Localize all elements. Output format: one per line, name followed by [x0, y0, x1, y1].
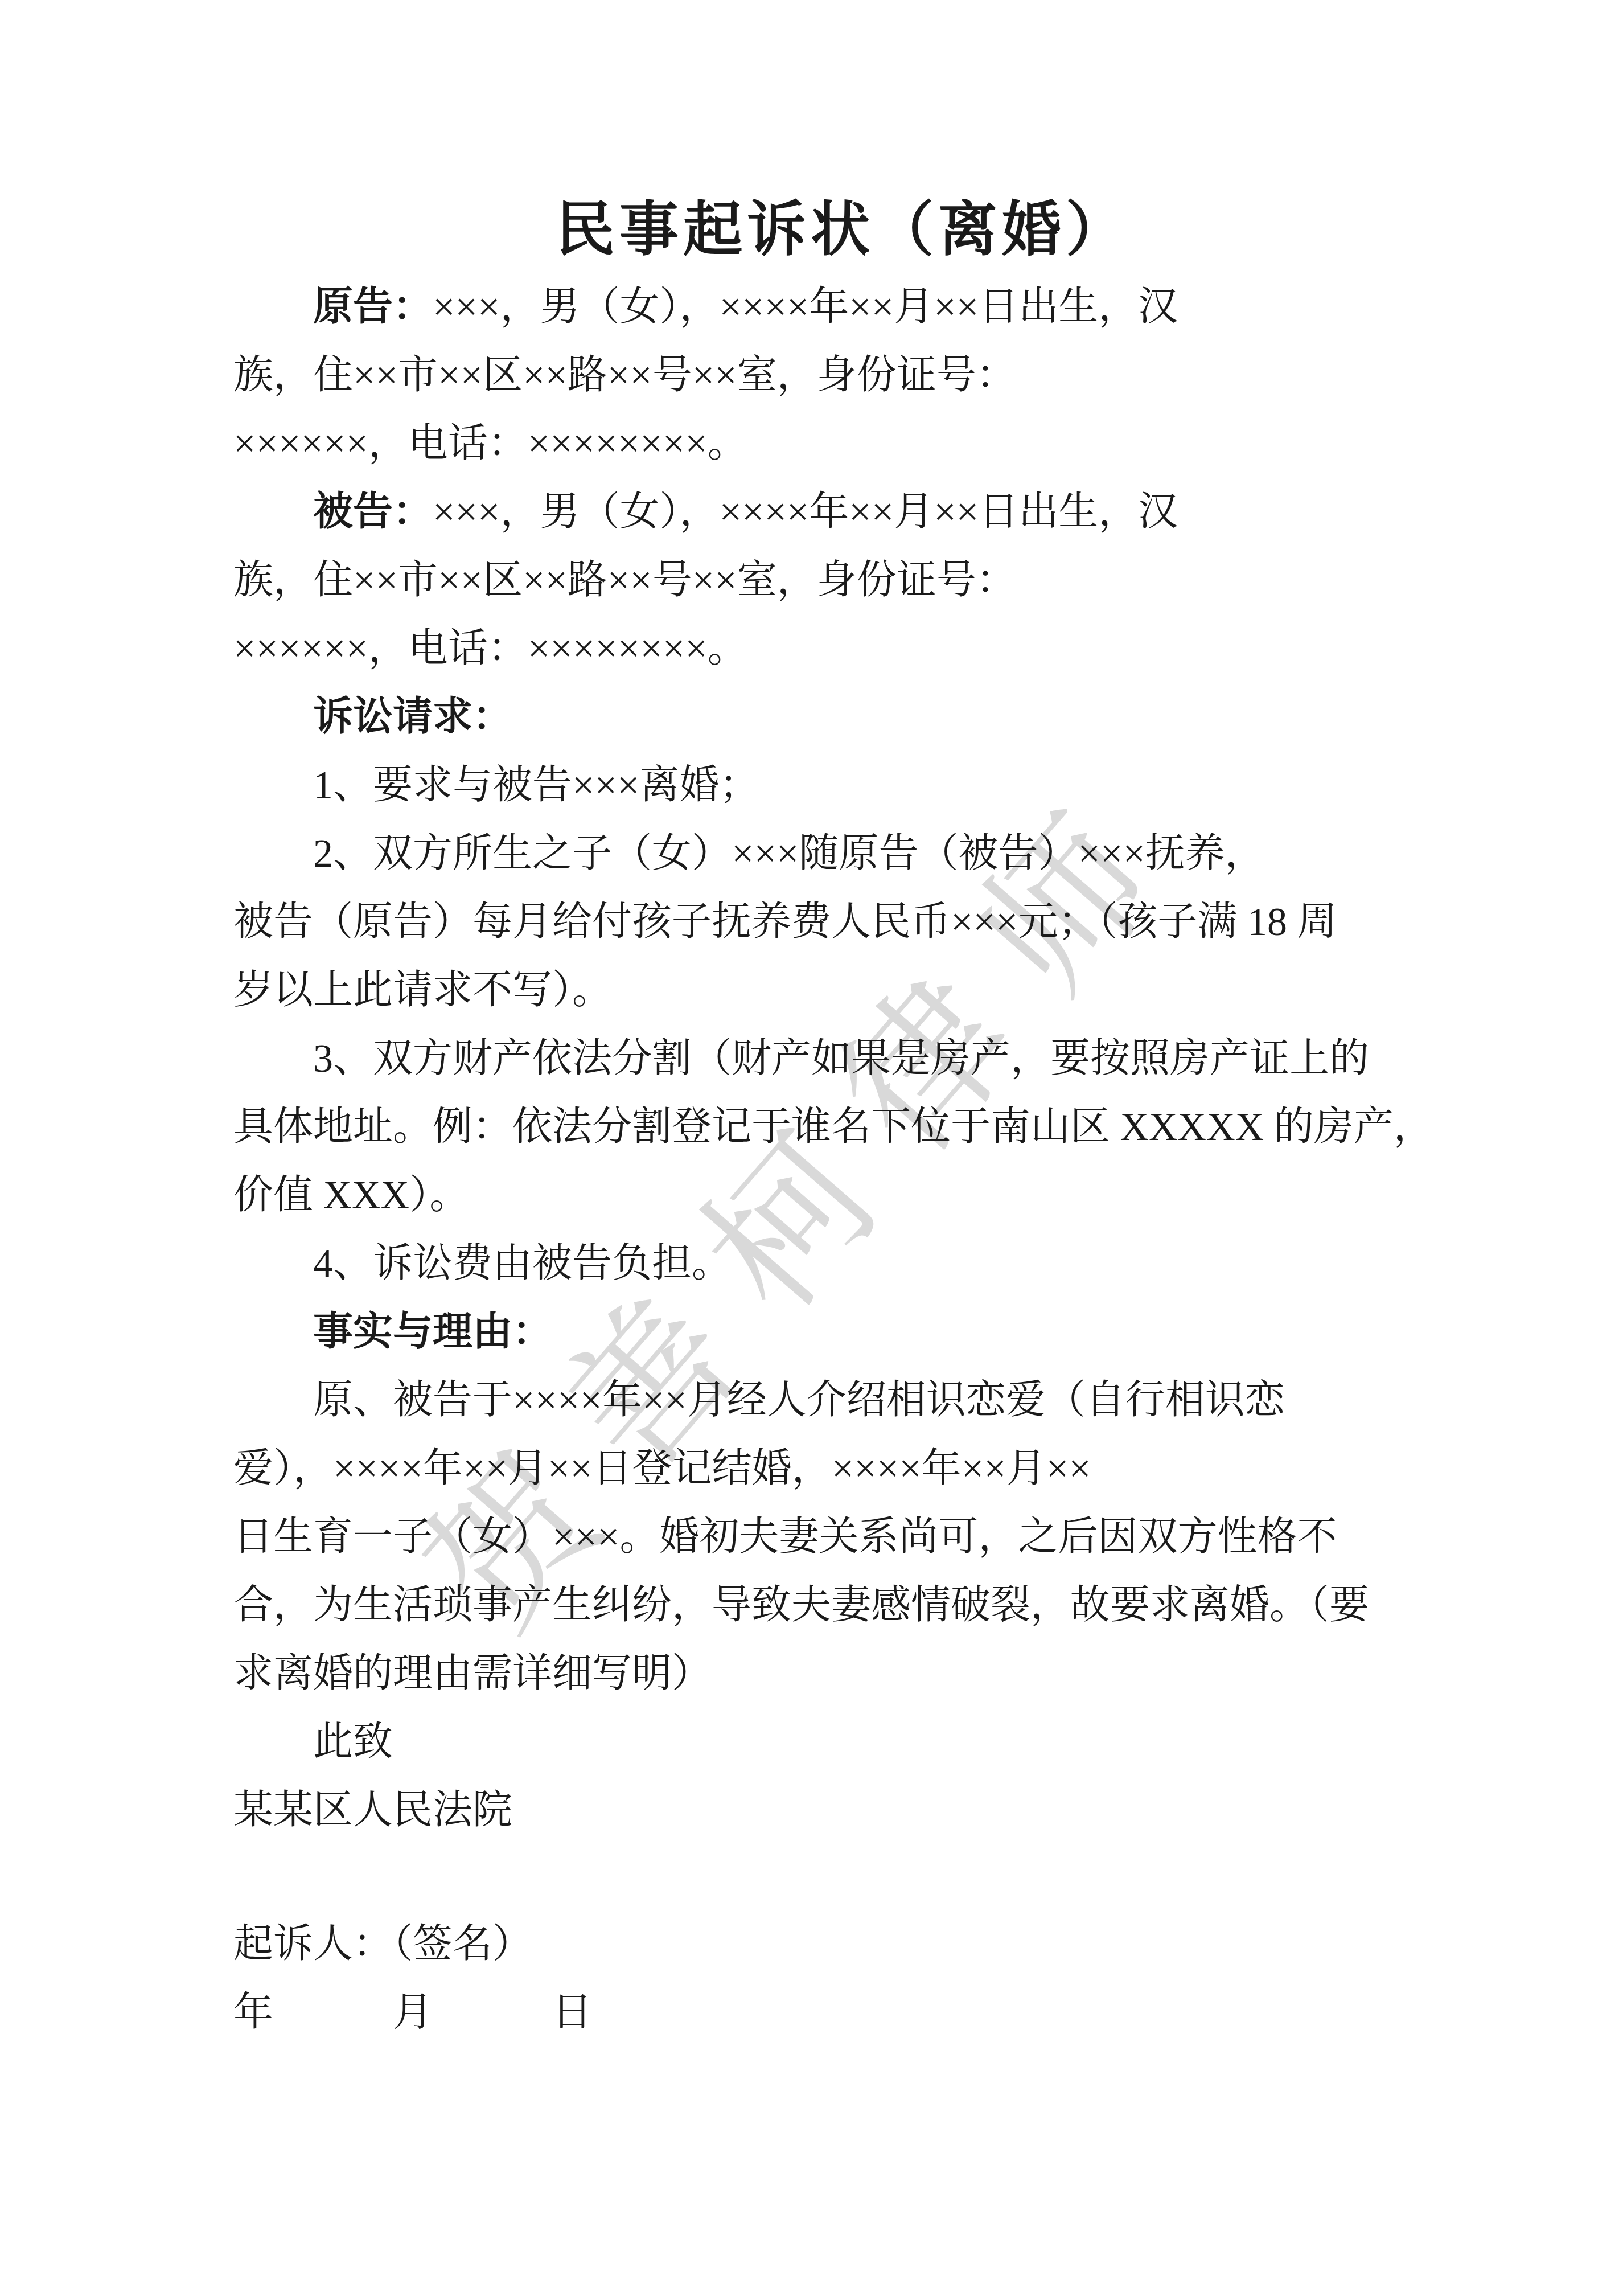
signature-block: 起诉人：（签名） 年 月 日	[233, 1910, 1452, 2047]
document-content: 民事起诉状（离婚） 原告：×××，男（女），××××年××月××日出生，汉 族，…	[233, 188, 1452, 2047]
facts-body: 原、被告于××××年××月经人介绍相识恋爱（自行相识恋 爱），××××年××月×…	[233, 1367, 1452, 1708]
defendant-label: 被告：	[313, 490, 433, 534]
claim-item-1: 1、要求与被告×××离婚；	[233, 752, 1452, 820]
facts-heading: 事实与理由：	[233, 1298, 1452, 1367]
signer-line: 起诉人：（签名）	[233, 1910, 1386, 1979]
claim-item-2: 2、双方所生之子（女）×××随原告（被告）×××抚养， 被告（原告）每月给付孩子…	[233, 820, 1452, 1025]
date-line: 年 月 日	[233, 1979, 1386, 2047]
closing-court: 某某区人民法院	[233, 1777, 1452, 1845]
document-title: 民事起诉状（离婚）	[233, 188, 1452, 273]
document-page: 贺善柯律师 民事起诉状（离婚） 原告：×××，男（女），××××年××月××日出…	[0, 0, 1623, 2296]
claim-item-4: 4、诉讼费由被告负担。	[233, 1230, 1452, 1298]
claim-item-3: 3、双方财产依法分割（财产如果是房产，要按照房产证上的 具体地址。例：依法分割登…	[233, 1025, 1452, 1230]
claims-heading: 诉讼请求：	[233, 683, 1452, 752]
defendant-paragraph: 被告：×××，男（女），××××年××月××日出生，汉 族，住××市××区××路…	[233, 478, 1452, 683]
plaintiff-label: 原告：	[313, 285, 433, 329]
closing-salute: 此致	[233, 1708, 1452, 1777]
plaintiff-paragraph: 原告：×××，男（女），××××年××月××日出生，汉 族，住××市××区××路…	[233, 273, 1452, 478]
